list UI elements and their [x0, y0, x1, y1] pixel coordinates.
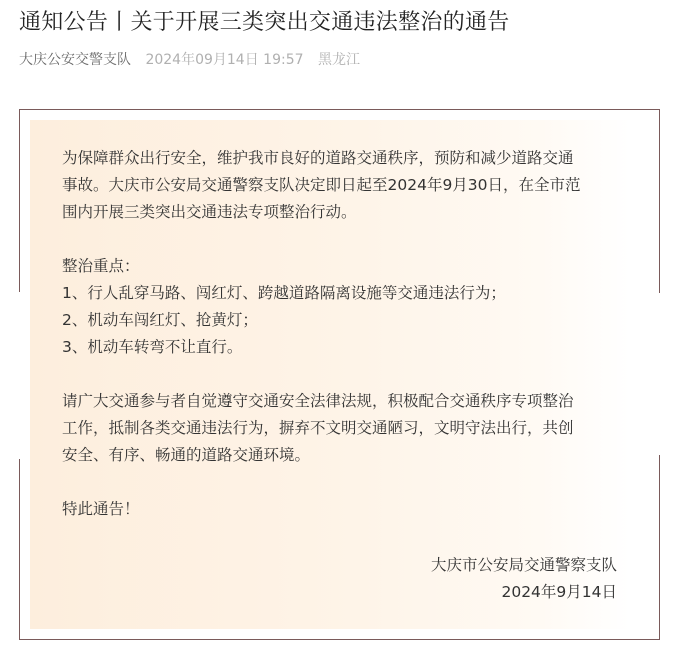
notice-signature: 大庆市公安局交通警察支队 2024年9月14日 — [431, 552, 617, 606]
signature-issuer: 大庆市公安局交通警察支队 — [431, 552, 617, 579]
notice-body: 为保障群众出行安全，维护我市良好的道路交通秩序，预防和减少道路交通 事故。大庆市… — [62, 145, 622, 523]
frame-border-right-upper — [659, 109, 660, 293]
appeal-line-1: 请广大交通参与者自觉遵守交通安全法律法规，积极配合交通秩序专项整治 — [62, 388, 622, 415]
focus-item-2: 2、机动车闯红灯、抢黄灯； — [62, 307, 622, 334]
intro-line-1: 为保障群众出行安全，维护我市良好的道路交通秩序，预防和减少道路交通 — [62, 145, 622, 172]
focus-heading: 整治重点： — [62, 253, 622, 280]
frame-border-bottom — [19, 639, 660, 640]
appeal-line-3: 安全、有序、畅通的道路交通环境。 — [62, 442, 622, 469]
intro-line-3: 围内开展三类突出交通违法专项整治行动。 — [62, 199, 622, 226]
publish-datetime: 2024年09月14日 19:57 — [145, 52, 303, 68]
frame-border-left-lower — [19, 459, 20, 640]
article-meta: 大庆公安交警支队 2024年09月14日 19:57 黑龙江 — [19, 50, 360, 70]
frame-border-top — [19, 109, 660, 110]
author-link[interactable]: 大庆公安交警支队 — [19, 52, 131, 68]
paragraph-spacer — [62, 469, 622, 496]
paragraph-spacer — [62, 226, 622, 253]
focus-item-1: 1、行人乱穿马路、闯红灯、跨越道路隔离设施等交通违法行为； — [62, 280, 622, 307]
signature-date: 2024年9月14日 — [431, 579, 617, 606]
publish-location: 黑龙江 — [318, 52, 360, 68]
paragraph-spacer — [62, 361, 622, 388]
focus-item-3: 3、机动车转弯不让直行。 — [62, 334, 622, 361]
closing-text: 特此通告！ — [62, 496, 622, 523]
intro-line-2: 事故。大庆市公安局交通警察支队决定即日起至2024年9月30日，在全市范 — [62, 172, 622, 199]
frame-border-right-lower — [659, 455, 660, 640]
appeal-line-2: 工作，抵制各类交通违法行为，摒弃不文明交通陋习，文明守法出行，共创 — [62, 415, 622, 442]
frame-border-left-upper — [19, 109, 20, 292]
article-title: 通知公告丨关于开展三类突出交通违法整治的通告 — [19, 8, 510, 38]
